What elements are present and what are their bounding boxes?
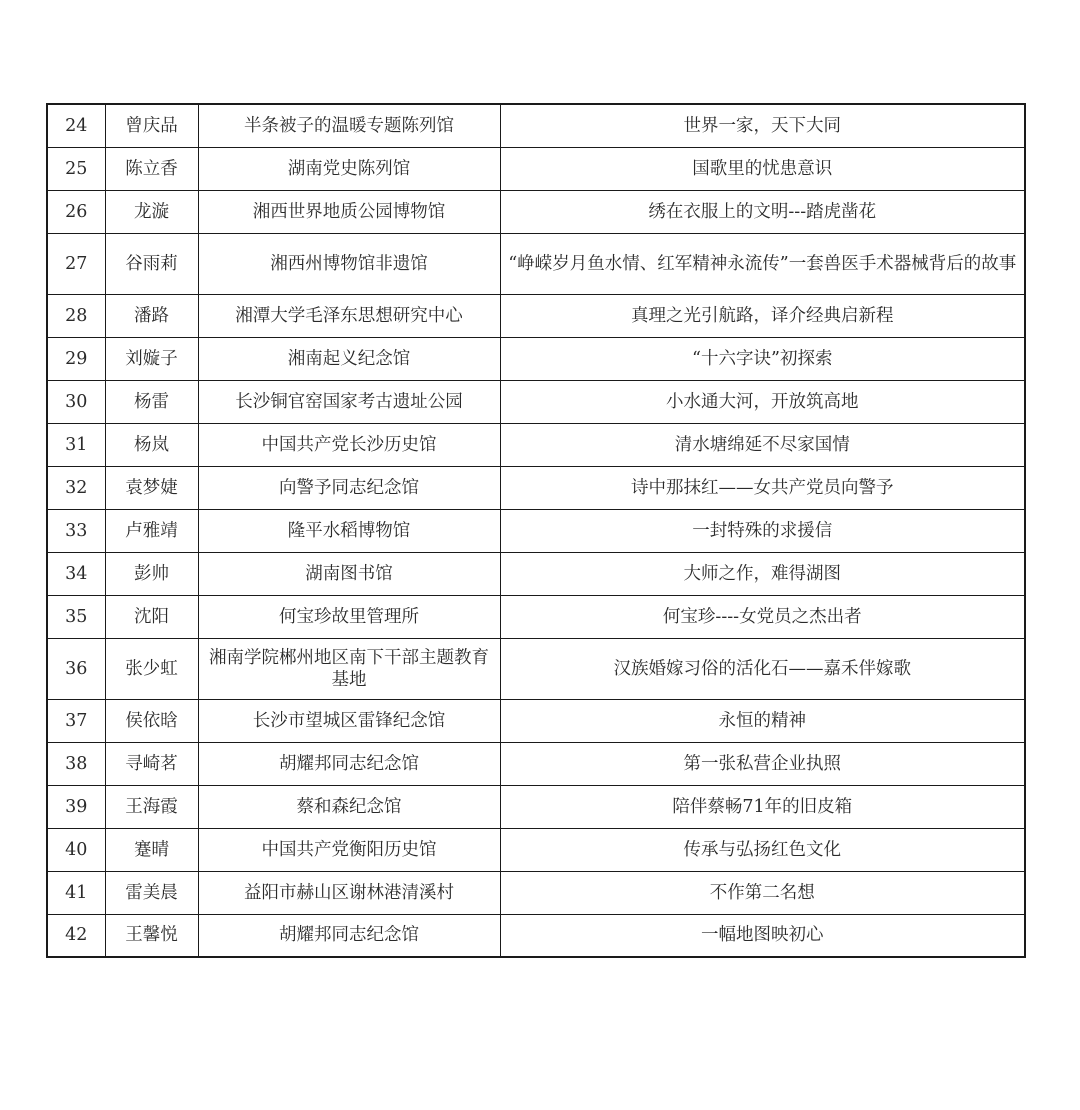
venue-name: 胡耀邦同志纪念馆 (198, 914, 500, 957)
row-number: 30 (47, 380, 105, 423)
story-title: 一封特殊的求援信 (500, 509, 1025, 552)
story-title: 陪伴蔡畅71年的旧皮箱 (500, 785, 1025, 828)
person-name: 沈阳 (105, 595, 198, 638)
person-name: 袁梦婕 (105, 466, 198, 509)
venue-name: 向警予同志纪念馆 (198, 466, 500, 509)
person-name: 王馨悦 (105, 914, 198, 957)
venue-name: 益阳市赫山区谢林港清溪村 (198, 871, 500, 914)
row-number: 32 (47, 466, 105, 509)
row-number: 41 (47, 871, 105, 914)
row-number: 37 (47, 699, 105, 742)
venue-name: 长沙铜官窑国家考古遗址公园 (198, 380, 500, 423)
row-number: 26 (47, 190, 105, 233)
person-name: 侯依晗 (105, 699, 198, 742)
person-name: 雷美晨 (105, 871, 198, 914)
person-name: 曾庆品 (105, 104, 198, 147)
table-row: 37 侯依晗 长沙市望城区雷锋纪念馆 永恒的精神 (47, 699, 1025, 742)
person-name: 蹇晴 (105, 828, 198, 871)
table-row: 35 沈阳 何宝珍故里管理所 何宝珍----女党员之杰出者 (47, 595, 1025, 638)
venue-name: 中国共产党长沙历史馆 (198, 423, 500, 466)
person-name: 卢雅靖 (105, 509, 198, 552)
story-title: 不作第二名想 (500, 871, 1025, 914)
row-number: 39 (47, 785, 105, 828)
story-title: 国歌里的忧患意识 (500, 147, 1025, 190)
table-row: 42 王馨悦 胡耀邦同志纪念馆 一幅地图映初心 (47, 914, 1025, 957)
venue-name: 胡耀邦同志纪念馆 (198, 742, 500, 785)
venue-name: 半条被子的温暖专题陈列馆 (198, 104, 500, 147)
table-row: 30 杨雷 长沙铜官窑国家考古遗址公园 小水通大河，开放筑高地 (47, 380, 1025, 423)
story-title: 传承与弘扬红色文化 (500, 828, 1025, 871)
venue-name: 湖南图书馆 (198, 552, 500, 595)
row-number: 29 (47, 337, 105, 380)
row-number: 27 (47, 233, 105, 294)
story-title: 绣在衣服上的文明---踏虎凿花 (500, 190, 1025, 233)
venue-name: 长沙市望城区雷锋纪念馆 (198, 699, 500, 742)
story-title: 清水塘绵延不尽家国情 (500, 423, 1025, 466)
row-number: 25 (47, 147, 105, 190)
venue-name: 湘西世界地质公园博物馆 (198, 190, 500, 233)
table-row: 40 蹇晴 中国共产党衡阳历史馆 传承与弘扬红色文化 (47, 828, 1025, 871)
person-name: 谷雨莉 (105, 233, 198, 294)
person-name: 潘路 (105, 294, 198, 337)
table-row: 27 谷雨莉 湘西州博物馆非遗馆 “峥嵘岁月鱼水情、红军精神永流传”一套兽医手术… (47, 233, 1025, 294)
row-number: 31 (47, 423, 105, 466)
table-row: 25 陈立香 湖南党史陈列馆 国歌里的忧患意识 (47, 147, 1025, 190)
venue-name: 何宝珍故里管理所 (198, 595, 500, 638)
table-row: 36 张少虹 湘南学院郴州地区南下干部主题教育基地 汉族婚嫁习俗的活化石——嘉禾… (47, 638, 1025, 699)
table-row: 26 龙漩 湘西世界地质公园博物馆 绣在衣服上的文明---踏虎凿花 (47, 190, 1025, 233)
row-number: 33 (47, 509, 105, 552)
person-name: 杨岚 (105, 423, 198, 466)
venue-name: 湖南党史陈列馆 (198, 147, 500, 190)
row-number: 28 (47, 294, 105, 337)
person-name: 彭帅 (105, 552, 198, 595)
table-row: 32 袁梦婕 向警予同志纪念馆 诗中那抹红——女共产党员向警予 (47, 466, 1025, 509)
story-title: 诗中那抹红——女共产党员向警予 (500, 466, 1025, 509)
venue-name: 中国共产党衡阳历史馆 (198, 828, 500, 871)
table-row: 38 寻崎茗 胡耀邦同志纪念馆 第一张私营企业执照 (47, 742, 1025, 785)
row-number: 24 (47, 104, 105, 147)
venue-name: 湘南起义纪念馆 (198, 337, 500, 380)
table-row: 29 刘嫙子 湘南起义纪念馆 “十六字诀”初探索 (47, 337, 1025, 380)
story-title: “十六字诀”初探索 (500, 337, 1025, 380)
row-number: 36 (47, 638, 105, 699)
story-title: 真理之光引航路，译介经典启新程 (500, 294, 1025, 337)
story-title: 大师之作，难得湖图 (500, 552, 1025, 595)
table-row: 24 曾庆品 半条被子的温暖专题陈列馆 世界一家，天下大同 (47, 104, 1025, 147)
person-name: 寻崎茗 (105, 742, 198, 785)
document-page: 24 曾庆品 半条被子的温暖专题陈列馆 世界一家，天下大同 25 陈立香 湖南党… (0, 0, 1080, 1110)
table-row: 41 雷美晨 益阳市赫山区谢林港清溪村 不作第二名想 (47, 871, 1025, 914)
story-title: 永恒的精神 (500, 699, 1025, 742)
row-number: 35 (47, 595, 105, 638)
roster-table: 24 曾庆品 半条被子的温暖专题陈列馆 世界一家，天下大同 25 陈立香 湖南党… (46, 103, 1026, 958)
table-row: 34 彭帅 湖南图书馆 大师之作，难得湖图 (47, 552, 1025, 595)
person-name: 杨雷 (105, 380, 198, 423)
person-name: 龙漩 (105, 190, 198, 233)
person-name: 王海霞 (105, 785, 198, 828)
person-name: 刘嫙子 (105, 337, 198, 380)
story-title: 第一张私营企业执照 (500, 742, 1025, 785)
story-title: 一幅地图映初心 (500, 914, 1025, 957)
story-title: 世界一家，天下大同 (500, 104, 1025, 147)
venue-name: 湘西州博物馆非遗馆 (198, 233, 500, 294)
person-name: 张少虹 (105, 638, 198, 699)
venue-name: 隆平水稻博物馆 (198, 509, 500, 552)
venue-name: 湘潭大学毛泽东思想研究中心 (198, 294, 500, 337)
row-number: 38 (47, 742, 105, 785)
story-title: 汉族婚嫁习俗的活化石——嘉禾伴嫁歌 (500, 638, 1025, 699)
venue-name: 蔡和森纪念馆 (198, 785, 500, 828)
table-row: 31 杨岚 中国共产党长沙历史馆 清水塘绵延不尽家国情 (47, 423, 1025, 466)
table-row: 33 卢雅靖 隆平水稻博物馆 一封特殊的求援信 (47, 509, 1025, 552)
story-title: “峥嵘岁月鱼水情、红军精神永流传”一套兽医手术器械背后的故事 (500, 233, 1025, 294)
table-row: 28 潘路 湘潭大学毛泽东思想研究中心 真理之光引航路，译介经典启新程 (47, 294, 1025, 337)
story-title: 小水通大河，开放筑高地 (500, 380, 1025, 423)
story-title: 何宝珍----女党员之杰出者 (500, 595, 1025, 638)
venue-name: 湘南学院郴州地区南下干部主题教育基地 (198, 638, 500, 699)
row-number: 42 (47, 914, 105, 957)
row-number: 40 (47, 828, 105, 871)
person-name: 陈立香 (105, 147, 198, 190)
row-number: 34 (47, 552, 105, 595)
table-row: 39 王海霞 蔡和森纪念馆 陪伴蔡畅71年的旧皮箱 (47, 785, 1025, 828)
